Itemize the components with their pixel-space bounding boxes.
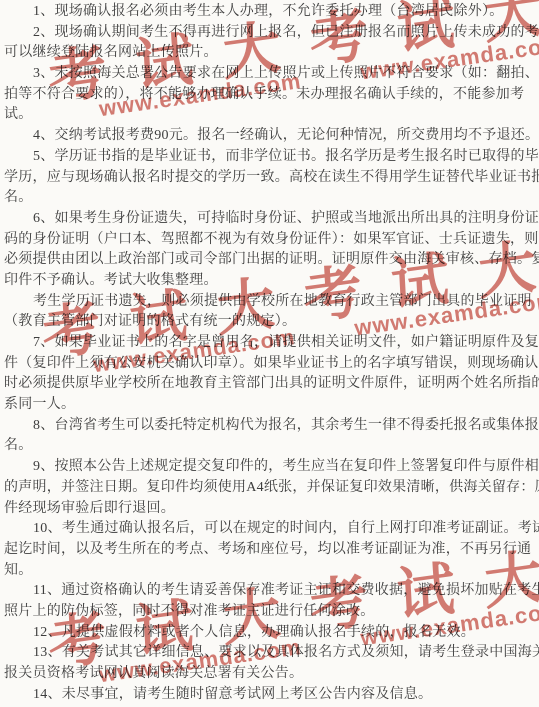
text-line: 的声明，并签注日期。复印件均须使用A4纸张，并保证复印效果清晰，供海关留存：原 [4, 478, 539, 499]
text-line: 10、考生通过确认报名后，可以在规定的时间内，自行上网打印准考证副证。考试 [4, 519, 539, 540]
notice-text-block: 1、现场确认报名必须由考生本人办理，不允许委托办理（台湾居民除外）。2、现场确认… [0, 0, 539, 707]
text-line: 14、未尽事宜，请考生随时留意考试网上考区公告内容及信息。 [4, 685, 539, 706]
text-line: 时必须提供原毕业学校所在地教育主管部门出具的证明文件原件，证明两个姓名所指的 [4, 374, 539, 395]
text-line: 知。 [4, 561, 539, 582]
text-line: 13、有关考试其它详细信息、要求以及具体报名方式及须知，请考生登录中国海关 [4, 643, 539, 664]
text-line: 3、未按照海关总署公告要求在网上上传照片或上传照片不符合要求（如：翻拍、自 [4, 64, 539, 85]
text-line: 8、台湾省考生可以委托特定机构代为报名，其余考生一律不得委托报名或集体报 [4, 416, 539, 437]
text-line: 照片上的防伪标签，同时不得对准考证主证进行任何涂改。 [4, 602, 539, 623]
text-line: 7、如果毕业证书上的名字是曾用名，请提供相关证明文件，如户籍证明原件及复印 [4, 333, 539, 354]
text-line: 11、通过资格确认的考生请妥善保存准考证主证和交费收据，避免损坏加贴在考生 [4, 581, 539, 602]
scanned-notice-page: 1、现场确认报名必须由考生本人办理，不允许委托办理（台湾居民除外）。2、现场确认… [0, 0, 539, 707]
text-line: （教育主管部门对证明的格式有统一的规定）。 [4, 312, 539, 333]
text-line: 名。 [4, 436, 539, 457]
text-line: 6、如果考生身份证遗失，可持临时身份证、护照或当地派出所出具的注明身份证号 [4, 209, 539, 230]
text-line: 4、交纳考试报考费90元。报名一经确认，无论何种情况，所交费用均不予退还。 [4, 126, 539, 147]
text-line: 考生学历证书遗失，则必须提供由学校所在地教育行政主管部门出具的毕业证明 [4, 292, 539, 313]
text-line: 系同一人。 [4, 395, 539, 416]
text-line: 件（复印件上须有公安机关确认印章）。如果毕业证书上的名字填写错误，则现场确认 [4, 354, 539, 375]
text-line: 必须提供由团以上政治部门或司令部门出据的证明。证明原件交由海关审核、存档。复 [4, 250, 539, 271]
text-line: 码的身份证明（户口本、驾照都不视为有效身份证件）：如果军官证、士兵证遗失，则 [4, 230, 539, 251]
text-line: 起讫时间，以及考生所在的考点、考场和座位号，均以准考证副证为准，不再另行通 [4, 540, 539, 561]
text-line: 9、按照本公告上述规定提交复印件的，考生应当在复印件上签署复印件与原件相符 [4, 457, 539, 478]
text-line: 拍等不符合要求的），将不能够办理确认手续。未办理报名确认手续的，不能参加考 [4, 85, 539, 106]
text-line: 报关员资格考试网认真阅读海关总署有关公告。 [4, 664, 539, 685]
text-line: 5、学历证书指的是毕业证书，而非学位证书。报名学历是考生报名时已取得的毕业 [4, 147, 539, 168]
text-line: 名。 [4, 188, 539, 209]
text-line: 试。 [4, 105, 539, 126]
text-line: 2、现场确认期间考生不得再进行网上报名，但已注册报名而照片上传未成功的考生 [4, 23, 539, 44]
text-line: 12、凡提供虚假材料或者个人信息，办理确认报名手续的，报名无效。 [4, 623, 539, 644]
text-line: 件经现场审验后即行退回。 [4, 499, 539, 520]
text-line: 印件不予确认。考试大收集整理。 [4, 271, 539, 292]
text-line: 可以继续登陆报名网站上传照片。 [4, 43, 539, 64]
text-line: 1、现场确认报名必须由考生本人办理，不允许委托办理（台湾居民除外）。 [4, 2, 539, 23]
text-line: 学历，应与现场确认报名时提交的学历一致。高校在读生不得用学生证替代毕业证书报 [4, 168, 539, 189]
